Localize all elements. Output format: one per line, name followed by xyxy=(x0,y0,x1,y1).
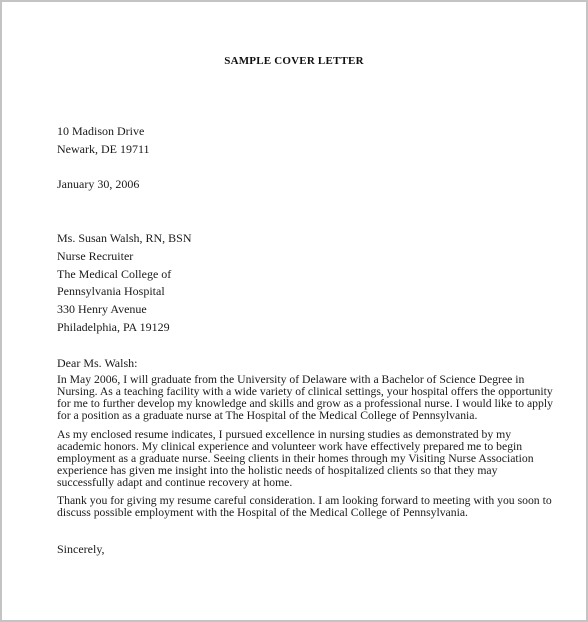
body-paragraph-2: As my enclosed resume indicates, I pursu… xyxy=(57,429,557,489)
body-paragraph-1: In May 2006, I will graduate from the Un… xyxy=(57,374,557,422)
recipient-city: Philadelphia, PA 19129 xyxy=(57,319,192,337)
sender-city: Newark, DE 19711 xyxy=(57,141,150,159)
recipient-street: 330 Henry Avenue xyxy=(57,301,192,319)
recipient-name: Ms. Susan Walsh, RN, BSN xyxy=(57,230,192,248)
recipient-address: Ms. Susan Walsh, RN, BSN Nurse Recruiter… xyxy=(57,230,192,337)
recipient-org-line1: The Medical College of xyxy=(57,266,192,284)
closing: Sincerely, xyxy=(57,541,105,559)
recipient-title: Nurse Recruiter xyxy=(57,248,192,266)
sender-address: 10 Madison Drive Newark, DE 19711 xyxy=(57,123,150,159)
salutation: Dear Ms. Walsh: xyxy=(57,355,137,373)
document-title: SAMPLE COVER LETTER xyxy=(0,55,588,67)
body-paragraph-3: Thank you for giving my resume careful c… xyxy=(57,495,557,519)
recipient-org-line2: Pennsylvania Hospital xyxy=(57,283,192,301)
sender-street: 10 Madison Drive xyxy=(57,123,150,141)
letter-date: January 30, 2006 xyxy=(57,176,139,194)
